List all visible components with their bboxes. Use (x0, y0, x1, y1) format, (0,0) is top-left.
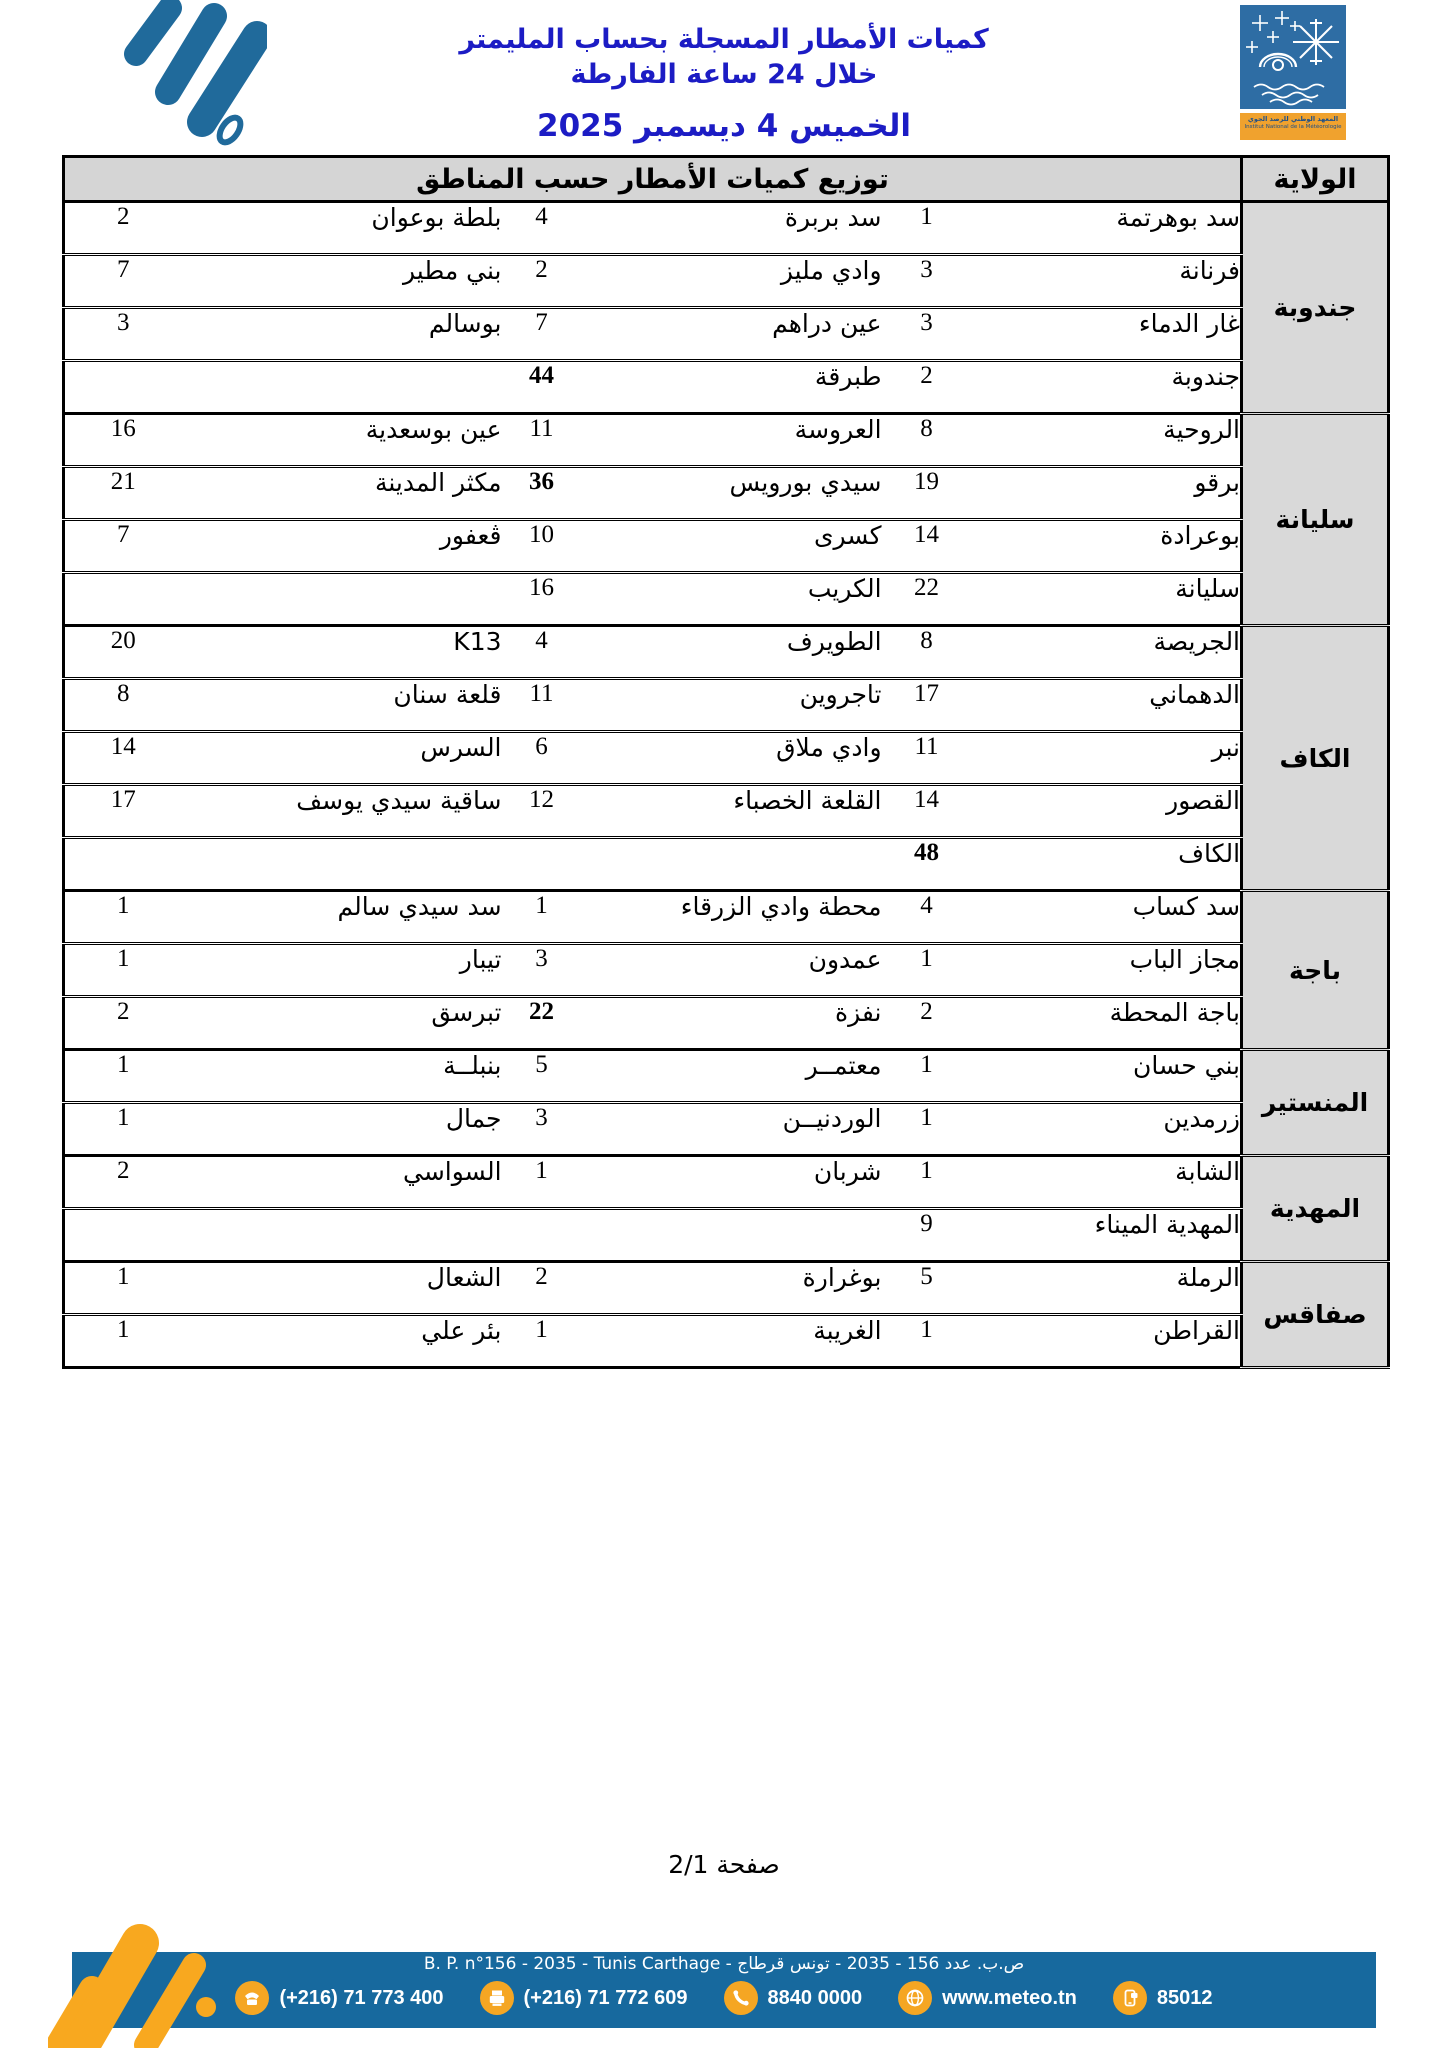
station-value: 22 (502, 997, 582, 1050)
station-name: الشعال (182, 1262, 502, 1315)
station-value (64, 573, 182, 626)
report-title-line1: كميات الأمطار المسجلة بحساب المليمتر (0, 22, 1448, 57)
station-name: K13 (182, 626, 502, 679)
station-name: العروسة (582, 414, 882, 467)
wilaya-cell: جندوبة (1242, 202, 1389, 414)
table-row: الكاف48 (64, 838, 1389, 891)
station-name: غار الدماء (972, 308, 1242, 361)
station-value: 2 (64, 202, 182, 255)
station-value: 16 (64, 414, 182, 467)
station-name: الطويرف (582, 626, 882, 679)
table-row: الدهماني17تاجروين11قلعة سنان8 (64, 679, 1389, 732)
station-value: 17 (64, 785, 182, 838)
station-name (582, 838, 882, 891)
table-row: جندوبةسد بوهرتمة1سد بربرة4بلطة بوعوان2 (64, 202, 1389, 255)
wilaya-cell: سليانة (1242, 414, 1389, 626)
station-name: الجريصة (972, 626, 1242, 679)
wilaya-column-header: الولاية (1242, 157, 1389, 202)
station-value (64, 361, 182, 414)
table-row: القراطن1الغريبة1بئر علي1 (64, 1315, 1389, 1368)
station-value: 2 (64, 997, 182, 1050)
rainfall-bulletin-page: كميات الأمطار المسجلة بحساب المليمتر خلا… (0, 0, 1448, 2048)
station-name: ساقية سيدي يوسف (182, 785, 502, 838)
station-value: 8 (64, 679, 182, 732)
table-row: جندوبة2طبرقة44 (64, 361, 1389, 414)
station-name: بوسالم (182, 308, 502, 361)
station-value: 11 (882, 732, 972, 785)
station-value: 3 (64, 308, 182, 361)
station-value: 12 (502, 785, 582, 838)
station-value: 14 (882, 520, 972, 573)
station-name: السرس (182, 732, 502, 785)
station-name: الكاف (972, 838, 1242, 891)
table-row: نبر11وادي ملاق6السرس14 (64, 732, 1389, 785)
station-value: 14 (882, 785, 972, 838)
table-row: فرنانة3وادي مليز2بني مطير7 (64, 255, 1389, 308)
station-value: 7 (64, 520, 182, 573)
station-value (502, 1209, 582, 1262)
mobile-icon (1113, 1981, 1147, 2015)
station-name: عين دراهم (582, 308, 882, 361)
report-title-line2: خلال 24 ساعة الفارطة (0, 57, 1448, 92)
table-row: باجةسد كساب4محطة وادي الزرقاء1سد سيدي سا… (64, 891, 1389, 944)
station-value: 21 (64, 467, 182, 520)
wilaya-cell: صفاقس (1242, 1262, 1389, 1368)
station-name: باجة المحطة (972, 997, 1242, 1050)
station-value: 2 (502, 255, 582, 308)
station-name: جندوبة (972, 361, 1242, 414)
station-value: 1 (882, 1315, 972, 1368)
station-name: برقو (972, 467, 1242, 520)
table-row: غار الدماء3عين دراهم7بوسالم3 (64, 308, 1389, 361)
station-name: عمدون (582, 944, 882, 997)
station-value: 8 (882, 414, 972, 467)
page-number: صفحة 2/1 (0, 1850, 1448, 1879)
table-row: زرمدين1الوردنيــن3جمال1 (64, 1103, 1389, 1156)
station-name: الشابة (972, 1156, 1242, 1209)
station-value: 1 (64, 891, 182, 944)
station-name: وادي ملاق (582, 732, 882, 785)
table-row: صفاقسالرملة5بوغرارة2الشعال1 (64, 1262, 1389, 1315)
station-name (582, 1209, 882, 1262)
station-value: 3 (502, 944, 582, 997)
station-value: 17 (882, 679, 972, 732)
station-value: 3 (502, 1103, 582, 1156)
station-name: المهدية الميناء (972, 1209, 1242, 1262)
station-name: ڤعفور (182, 520, 502, 573)
station-name: بنبلــة (182, 1050, 502, 1103)
station-name: تبرسق (182, 997, 502, 1050)
station-name: بئر علي (182, 1315, 502, 1368)
station-name: الروحية (972, 414, 1242, 467)
station-value: 4 (502, 202, 582, 255)
station-name: معتمــر (582, 1050, 882, 1103)
station-value: 5 (502, 1050, 582, 1103)
station-name: كسرى (582, 520, 882, 573)
table-header-row: الولاية توزيع كميات الأمطار حسب المناطق (64, 157, 1389, 202)
table-row: سليانةالروحية8العروسة11عين بوسعدية16 (64, 414, 1389, 467)
station-value: 1 (882, 202, 972, 255)
station-name: بوعرادة (972, 520, 1242, 573)
contact-website: www.meteo.tn (898, 1981, 1077, 2015)
contact-telephone-number: (+216) 71 773 400 (279, 1987, 443, 2010)
station-value: 6 (502, 732, 582, 785)
station-value: 1 (502, 1156, 582, 1209)
wilaya-cell: باجة (1242, 891, 1389, 1050)
footer-slash-decoration (48, 1903, 258, 2048)
station-name: السواسي (182, 1156, 502, 1209)
station-name: بوغرارة (582, 1262, 882, 1315)
station-value: 3 (882, 308, 972, 361)
station-name: الغريبة (582, 1315, 882, 1368)
station-value: 4 (882, 891, 972, 944)
table-row: مجاز الباب1عمدون3تيبار1 (64, 944, 1389, 997)
station-name: الوردنيــن (582, 1103, 882, 1156)
fax-icon (480, 1981, 514, 2015)
station-value: 1 (64, 1262, 182, 1315)
wilaya-cell: المهدية (1242, 1156, 1389, 1262)
report-title-block: كميات الأمطار المسجلة بحساب المليمتر خلا… (0, 22, 1448, 144)
footer-bar: B. P. n°156 - 2035 - Tunis Carthage - ص.… (72, 1952, 1376, 2028)
inm-emblem-art (1240, 5, 1346, 109)
footer-address: B. P. n°156 - 2035 - Tunis Carthage - ص.… (72, 1954, 1376, 1974)
station-value: 7 (502, 308, 582, 361)
station-name: عين بوسعدية (182, 414, 502, 467)
station-name: بلطة بوعوان (182, 202, 502, 255)
station-value: 19 (882, 467, 972, 520)
table-row: الكافالجريصة8الطويرف4K1320 (64, 626, 1389, 679)
station-name: سيدي بورويس (582, 467, 882, 520)
table-row: بوعرادة14كسرى10ڤعفور7 (64, 520, 1389, 573)
station-value: 16 (502, 573, 582, 626)
station-value: 22 (882, 573, 972, 626)
contact-callcenter: 8840 0000 (724, 1981, 863, 2015)
globe-icon (898, 1981, 932, 2015)
inm-emblem-band: المعهد الوطني للرصد الجوي Institut Natio… (1240, 113, 1346, 140)
contact-callcenter-number: 8840 0000 (768, 1987, 863, 2010)
rainfall-table: الولاية توزيع كميات الأمطار حسب المناطق … (62, 155, 1390, 1369)
contact-fax-number: (+216) 71 772 609 (524, 1987, 688, 2010)
station-name: مجاز الباب (972, 944, 1242, 997)
station-value: 1 (882, 1103, 972, 1156)
station-name: فرنانة (972, 255, 1242, 308)
station-name: محطة وادي الزرقاء (582, 891, 882, 944)
station-name: تاجروين (582, 679, 882, 732)
station-name: شربان (582, 1156, 882, 1209)
table-row: المنستيربني حسان1معتمــر5بنبلــة1 (64, 1050, 1389, 1103)
station-name: زرمدين (972, 1103, 1242, 1156)
station-name: سد بربرة (582, 202, 882, 255)
station-value: 11 (502, 679, 582, 732)
footer-contacts: (+216) 71 773 400 (+216) 71 772 609 (72, 1981, 1376, 2015)
station-value (502, 838, 582, 891)
station-value (64, 838, 182, 891)
table-row: المهديةالشابة1شربان1السواسي2 (64, 1156, 1389, 1209)
station-value: 1 (882, 1156, 972, 1209)
contact-sms: 85012 (1113, 1981, 1213, 2015)
table-row: برقو19سيدي بورويس36مكثر المدينة21 (64, 467, 1389, 520)
station-name: القراطن (972, 1315, 1242, 1368)
station-value: 4 (502, 626, 582, 679)
station-name: مكثر المدينة (182, 467, 502, 520)
station-name: جمال (182, 1103, 502, 1156)
contact-website-url: www.meteo.tn (942, 1987, 1077, 2010)
station-name: الكريب (582, 573, 882, 626)
station-value: 44 (502, 361, 582, 414)
contact-sms-number: 85012 (1157, 1987, 1213, 2010)
station-value: 2 (64, 1156, 182, 1209)
station-name: الرملة (972, 1262, 1242, 1315)
station-name: القلعة الخصباء (582, 785, 882, 838)
station-name (182, 1209, 502, 1262)
station-value: 14 (64, 732, 182, 785)
table-row: باجة المحطة2نفزة22تبرسق2 (64, 997, 1389, 1050)
contact-telephone: (+216) 71 773 400 (235, 1981, 443, 2015)
station-value: 5 (882, 1262, 972, 1315)
station-name: نفزة (582, 997, 882, 1050)
station-name: الدهماني (972, 679, 1242, 732)
station-value: 7 (64, 255, 182, 308)
station-name: سليانة (972, 573, 1242, 626)
station-name: بني مطير (182, 255, 502, 308)
station-value: 1 (502, 891, 582, 944)
station-name: طبرقة (582, 361, 882, 414)
station-name: سد كساب (972, 891, 1242, 944)
station-name (182, 573, 502, 626)
emblem-text-arabic: المعهد الوطني للرصد الجوي (1240, 116, 1346, 124)
station-name: نبر (972, 732, 1242, 785)
table-row: سليانة22الكريب16 (64, 573, 1389, 626)
station-value: 11 (502, 414, 582, 467)
station-name: قلعة سنان (182, 679, 502, 732)
station-value: 1 (882, 944, 972, 997)
station-name: بني حسان (972, 1050, 1242, 1103)
station-name: وادي مليز (582, 255, 882, 308)
distribution-header: توزيع كميات الأمطار حسب المناطق (64, 157, 1242, 202)
station-name (182, 838, 502, 891)
station-value: 1 (882, 1050, 972, 1103)
station-value: 1 (64, 944, 182, 997)
handset-icon (724, 1981, 758, 2015)
emblem-text-french: Institut National de la Météorologie (1240, 124, 1346, 131)
station-value: 9 (882, 1209, 972, 1262)
table-row: القصور14القلعة الخصباء12ساقية سيدي يوسف1… (64, 785, 1389, 838)
station-value: 8 (882, 626, 972, 679)
station-value: 2 (882, 361, 972, 414)
station-value (64, 1209, 182, 1262)
station-name: تيبار (182, 944, 502, 997)
contact-fax: (+216) 71 772 609 (480, 1981, 688, 2015)
station-value: 36 (502, 467, 582, 520)
report-date: الخميس 4 ديسمبر 2025 (0, 108, 1448, 144)
station-name: سد بوهرتمة (972, 202, 1242, 255)
station-name (182, 361, 502, 414)
station-value: 10 (502, 520, 582, 573)
station-value: 1 (64, 1315, 182, 1368)
inm-emblem: المعهد الوطني للرصد الجوي Institut Natio… (1240, 5, 1346, 140)
station-value: 2 (882, 997, 972, 1050)
station-value: 2 (502, 1262, 582, 1315)
wilaya-cell: الكاف (1242, 626, 1389, 891)
wilaya-cell: المنستير (1242, 1050, 1389, 1156)
table-row: المهدية الميناء9 (64, 1209, 1389, 1262)
station-value: 1 (64, 1050, 182, 1103)
station-value: 1 (502, 1315, 582, 1368)
station-value: 48 (882, 838, 972, 891)
station-value: 1 (64, 1103, 182, 1156)
station-value: 20 (64, 626, 182, 679)
station-name: سد سيدي سالم (182, 891, 502, 944)
station-name: القصور (972, 785, 1242, 838)
station-value: 3 (882, 255, 972, 308)
